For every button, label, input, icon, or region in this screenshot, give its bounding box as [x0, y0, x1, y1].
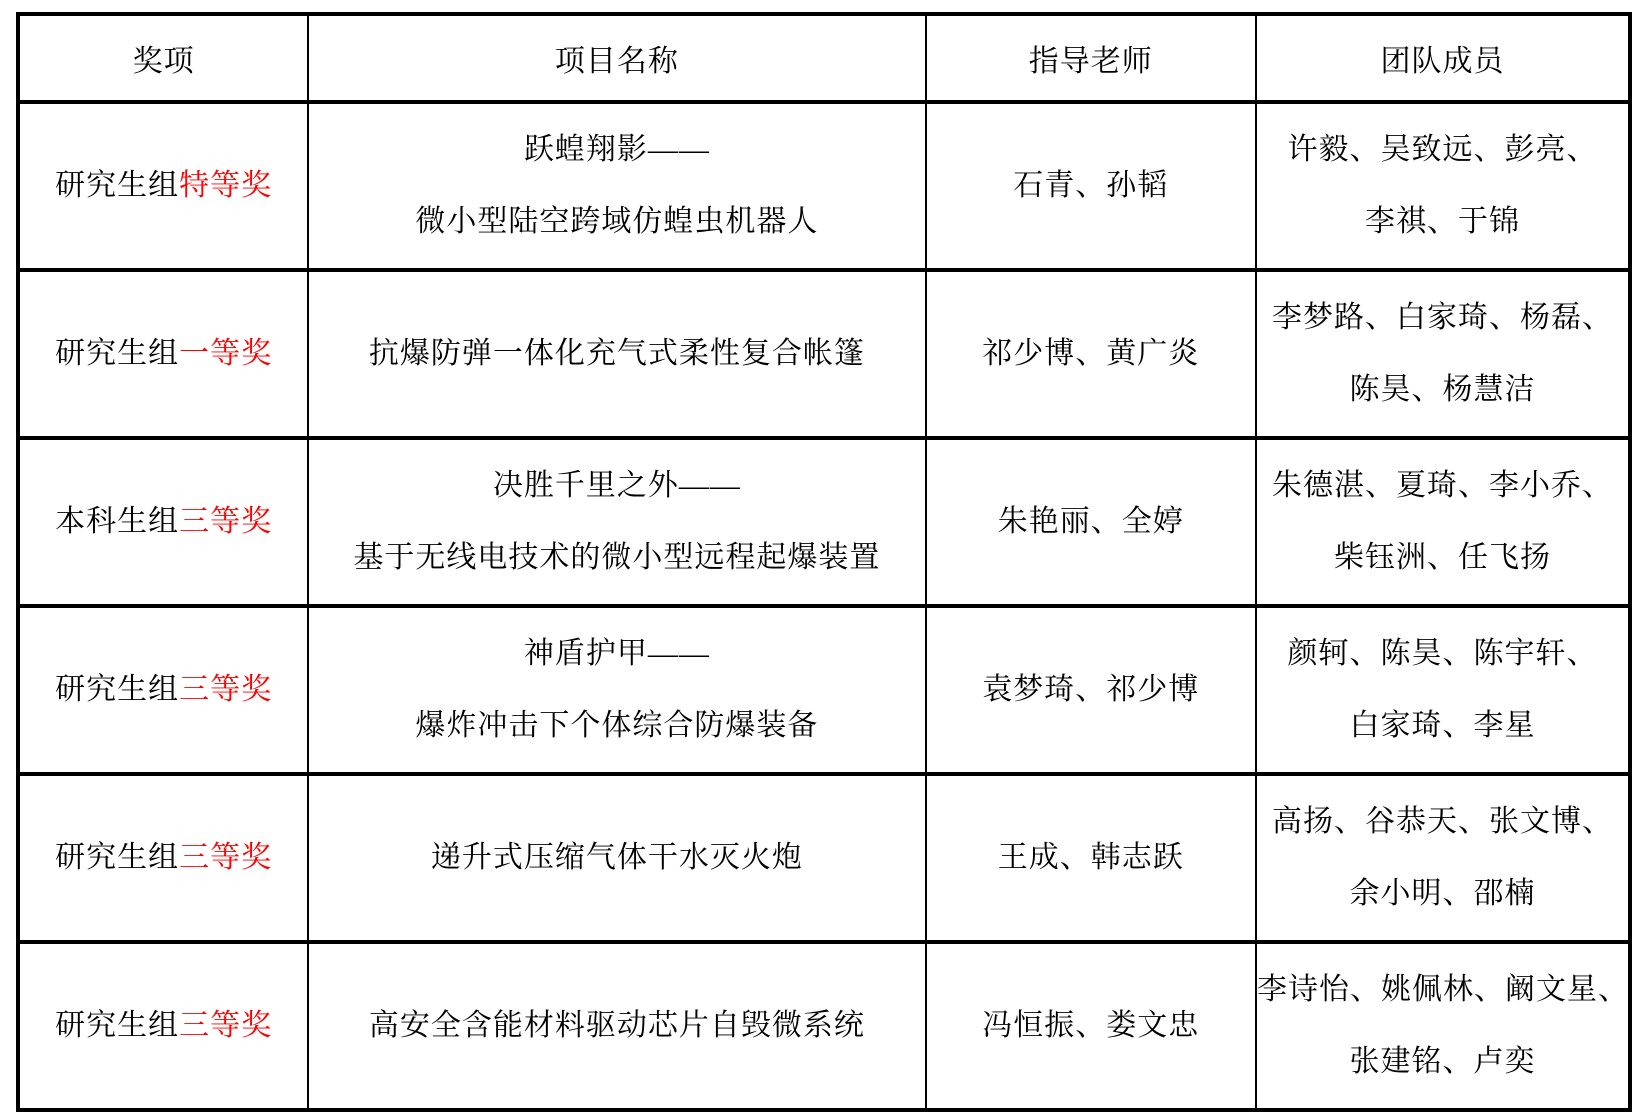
team-members-line: 高扬、谷恭天、张文博、 [1257, 786, 1628, 858]
advisor-cell: 祁少博、黄广炎 [926, 270, 1256, 438]
award-line: 研究生组三等奖 [20, 822, 307, 894]
award-group-label: 研究生组 [55, 337, 179, 370]
award-level-label: 一等奖 [179, 337, 272, 370]
team-members-line: 李梦路、白家琦、杨磊、 [1257, 282, 1628, 354]
award-cell: 研究生组三等奖 [18, 774, 308, 942]
team-members-line: 李诗怡、姚佩林、阚文星、 [1257, 954, 1628, 1026]
project-name-cell: 决胜千里之外——基于无线电技术的微小型远程起爆装置 [308, 438, 925, 606]
awards-table-header: 奖项 项目名称 指导老师 团队成员 [18, 14, 1630, 102]
award-level-label: 三等奖 [179, 841, 272, 874]
project-name-line: 神盾护甲—— [309, 618, 924, 690]
award-cell: 研究生组三等奖 [18, 606, 308, 774]
project-name-line: 跃蝗翔影—— [309, 114, 924, 186]
team-members-line: 颜轲、陈昊、陈宇轩、 [1257, 618, 1628, 690]
advisor-names: 朱艳丽、全婷 [927, 486, 1255, 558]
team-members-line: 白家琦、李星 [1257, 690, 1628, 762]
award-level-label: 特等奖 [179, 169, 272, 202]
team-members-cell: 许毅、吴致远、彭亮、李祺、于锦 [1256, 102, 1630, 270]
project-name-cell: 高安全含能材料驱动芯片自毁微系统 [308, 942, 925, 1110]
project-name-cell: 跃蝗翔影——微小型陆空跨域仿蝗虫机器人 [308, 102, 925, 270]
header-advisor: 指导老师 [926, 14, 1256, 102]
project-name-line: 抗爆防弹一体化充气式柔性复合帐篷 [309, 318, 924, 390]
advisor-cell: 冯恒振、娄文忠 [926, 942, 1256, 1110]
advisor-cell: 袁梦琦、祁少博 [926, 606, 1256, 774]
advisor-cell: 石青、孙韬 [926, 102, 1256, 270]
award-cell: 本科生组三等奖 [18, 438, 308, 606]
award-group-label: 研究生组 [55, 673, 179, 706]
header-row: 奖项 项目名称 指导老师 团队成员 [18, 14, 1630, 102]
team-members-cell: 李诗怡、姚佩林、阚文星、张建铭、卢奕 [1256, 942, 1630, 1110]
advisor-names: 冯恒振、娄文忠 [927, 990, 1255, 1062]
team-members-line: 柴钰洲、任飞扬 [1257, 522, 1628, 594]
project-name-cell: 神盾护甲——爆炸冲击下个体综合防爆装备 [308, 606, 925, 774]
award-line: 研究生组特等奖 [20, 150, 307, 222]
award-line: 研究生组三等奖 [20, 990, 307, 1062]
table-row: 本科生组三等奖决胜千里之外——基于无线电技术的微小型远程起爆装置朱艳丽、全婷朱德… [18, 438, 1630, 606]
table-row: 研究生组特等奖跃蝗翔影——微小型陆空跨域仿蝗虫机器人石青、孙韬许毅、吴致远、彭亮… [18, 102, 1630, 270]
team-members-cell: 朱德湛、夏琦、李小乔、柴钰洲、任飞扬 [1256, 438, 1630, 606]
award-level-label: 三等奖 [179, 505, 272, 538]
awards-table-container: 奖项 项目名称 指导老师 团队成员 研究生组特等奖跃蝗翔影——微小型陆空跨域仿蝗… [16, 12, 1632, 1112]
team-members-line: 张建铭、卢奕 [1257, 1026, 1628, 1098]
team-members-line: 陈昊、杨慧洁 [1257, 354, 1628, 426]
project-name-cell: 抗爆防弹一体化充气式柔性复合帐篷 [308, 270, 925, 438]
advisor-cell: 朱艳丽、全婷 [926, 438, 1256, 606]
advisor-names: 祁少博、黄广炎 [927, 318, 1255, 390]
award-line: 研究生组三等奖 [20, 654, 307, 726]
team-members-line: 朱德湛、夏琦、李小乔、 [1257, 450, 1628, 522]
award-group-label: 研究生组 [55, 841, 179, 874]
project-name-line: 决胜千里之外—— [309, 450, 924, 522]
team-members-cell: 高扬、谷恭天、张文博、余小明、邵楠 [1256, 774, 1630, 942]
award-group-label: 研究生组 [55, 1009, 179, 1042]
table-row: 研究生组三等奖神盾护甲——爆炸冲击下个体综合防爆装备袁梦琦、祁少博颜轲、陈昊、陈… [18, 606, 1630, 774]
award-group-label: 本科生组 [55, 505, 179, 538]
awards-table: 奖项 项目名称 指导老师 团队成员 研究生组特等奖跃蝗翔影——微小型陆空跨域仿蝗… [16, 12, 1632, 1112]
team-members-cell: 李梦路、白家琦、杨磊、陈昊、杨慧洁 [1256, 270, 1630, 438]
project-name-line: 高安全含能材料驱动芯片自毁微系统 [309, 990, 924, 1062]
table-row: 研究生组三等奖高安全含能材料驱动芯片自毁微系统冯恒振、娄文忠李诗怡、姚佩林、阚文… [18, 942, 1630, 1110]
header-project-name: 项目名称 [308, 14, 925, 102]
table-row: 研究生组一等奖抗爆防弹一体化充气式柔性复合帐篷祁少博、黄广炎李梦路、白家琦、杨磊… [18, 270, 1630, 438]
project-name-line: 微小型陆空跨域仿蝗虫机器人 [309, 186, 924, 258]
award-level-label: 三等奖 [179, 673, 272, 706]
team-members-cell: 颜轲、陈昊、陈宇轩、白家琦、李星 [1256, 606, 1630, 774]
team-members-line: 余小明、邵楠 [1257, 858, 1628, 930]
header-team-members: 团队成员 [1256, 14, 1630, 102]
award-cell: 研究生组特等奖 [18, 102, 308, 270]
award-group-label: 研究生组 [55, 169, 179, 202]
advisor-cell: 王成、韩志跃 [926, 774, 1256, 942]
project-name-line: 递升式压缩气体干水灭火炮 [309, 822, 924, 894]
team-members-line: 许毅、吴致远、彭亮、 [1257, 114, 1628, 186]
table-row: 研究生组三等奖递升式压缩气体干水灭火炮王成、韩志跃高扬、谷恭天、张文博、余小明、… [18, 774, 1630, 942]
award-line: 本科生组三等奖 [20, 486, 307, 558]
header-award: 奖项 [18, 14, 308, 102]
project-name-line: 爆炸冲击下个体综合防爆装备 [309, 690, 924, 762]
project-name-cell: 递升式压缩气体干水灭火炮 [308, 774, 925, 942]
award-line: 研究生组一等奖 [20, 318, 307, 390]
award-cell: 研究生组一等奖 [18, 270, 308, 438]
team-members-line: 李祺、于锦 [1257, 186, 1628, 258]
advisor-names: 石青、孙韬 [927, 150, 1255, 222]
advisor-names: 王成、韩志跃 [927, 822, 1255, 894]
awards-table-body: 研究生组特等奖跃蝗翔影——微小型陆空跨域仿蝗虫机器人石青、孙韬许毅、吴致远、彭亮… [18, 102, 1630, 1110]
project-name-line: 基于无线电技术的微小型远程起爆装置 [309, 522, 924, 594]
award-level-label: 三等奖 [179, 1009, 272, 1042]
award-cell: 研究生组三等奖 [18, 942, 308, 1110]
advisor-names: 袁梦琦、祁少博 [927, 654, 1255, 726]
